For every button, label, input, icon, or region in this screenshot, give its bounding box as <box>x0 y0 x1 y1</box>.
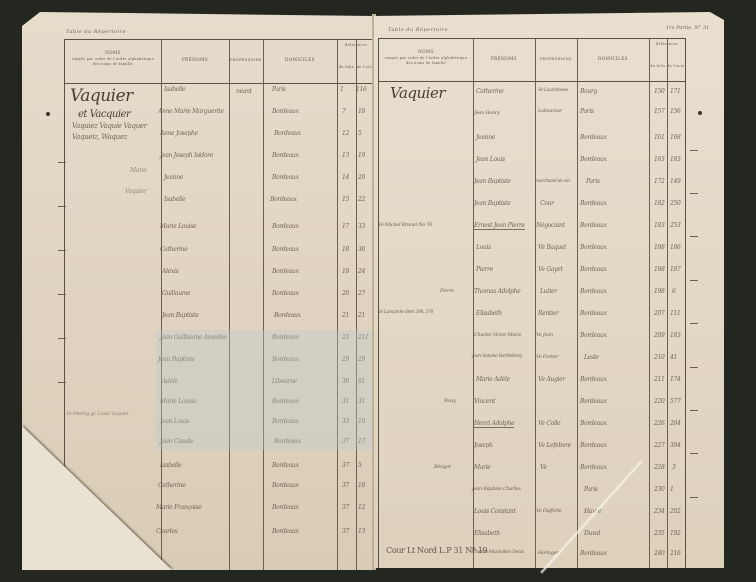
row-folio: 31 <box>342 398 349 405</box>
margin-tick <box>690 323 698 324</box>
page-number: 1re Partie, N° 31 <box>666 25 709 31</box>
row-domicile: Bordeaux <box>272 334 299 341</box>
row-folio: 188 <box>654 244 665 251</box>
row-acte: 253 <box>670 222 681 229</box>
row-domicile: Bordeaux <box>272 462 299 469</box>
surname-main: Vaquier <box>390 84 445 102</box>
row-folio: 240 <box>654 550 665 557</box>
header-references: Références <box>337 43 375 48</box>
row-prenoms: Adèle <box>162 378 178 385</box>
row-folio: 198 <box>654 288 665 295</box>
row-prenoms: Marie Louise <box>160 223 196 230</box>
margin-tick <box>690 367 698 368</box>
row-prenoms: Marie <box>474 464 491 471</box>
row-domicile: Bordeaux <box>272 290 299 297</box>
row-prenoms: Guillaume <box>162 290 190 297</box>
row-domicile: Bordeaux <box>580 376 607 383</box>
row-domicile: Bordeaux <box>272 528 299 535</box>
row-folio: 18 <box>342 246 349 253</box>
row-prenoms: Charles Victor Marie <box>474 332 521 338</box>
row-acte: 5 <box>358 130 362 137</box>
row-folio: 14 <box>342 174 349 181</box>
row-prenoms: Jeanne <box>476 134 495 141</box>
row-acte: 21 <box>358 312 365 319</box>
row-folio: 234 <box>654 508 665 515</box>
row-acte: 187 <box>670 266 681 273</box>
row-prenoms: Vincent <box>474 398 495 405</box>
row-prenoms: Jean Baptiste <box>474 178 511 185</box>
row-folio: 18 <box>342 268 349 275</box>
margin-tick <box>690 453 698 454</box>
column-divider <box>667 39 668 575</box>
row-prenoms: Alexis <box>162 268 178 275</box>
row-acte: 174 <box>670 376 681 383</box>
row-domicile: Bordeaux <box>580 244 607 251</box>
row-acte: 41 <box>670 354 677 361</box>
surname-variants-line1: Vaquiez Vaquie Vaquer <box>72 122 147 130</box>
row-prenoms: Anne Marie Marguerite <box>158 108 224 115</box>
row-profession: marchand de vin <box>536 179 570 184</box>
header-domiciles: Domiciles <box>577 56 649 62</box>
header-rule <box>65 83 375 84</box>
row-profession: Ve Colle <box>538 420 560 427</box>
margin-tick <box>690 280 698 281</box>
row-prenoms: Joseph <box>474 442 493 449</box>
row-folio: 37 <box>342 438 349 445</box>
row-prenoms: Jean Baptiste <box>162 312 199 319</box>
column-divider <box>263 40 264 580</box>
row-acte: 168 <box>670 134 681 141</box>
row-domicile: Bordeaux <box>272 108 299 115</box>
row-note: Bérigot <box>434 464 451 470</box>
row-note: Pierre <box>440 288 454 294</box>
row-domicile: Bordeaux <box>272 152 299 159</box>
row-acte: 13 <box>358 528 365 535</box>
margin-tick <box>58 206 66 207</box>
header-prenoms: Prénoms <box>473 56 535 62</box>
row-domicile: Bordeaux <box>580 266 607 273</box>
row-domicile: Bordeaux <box>274 438 301 445</box>
row-profession: Ve Gayet <box>538 266 563 273</box>
row-prenoms: Henri Adolphe <box>474 420 514 428</box>
surname-main: Vaquier <box>70 86 133 106</box>
row-prenoms: Catherine <box>476 88 504 95</box>
row-prenoms: Elisabeth <box>476 310 502 317</box>
row-note: Ve Lamarche Bert 298, 376 <box>378 310 433 315</box>
row-acte: 216 <box>670 550 681 557</box>
row-domicile: Bordeaux <box>580 222 607 229</box>
header-noms-sub: rangés par ordre de l'ordre alphabétique… <box>383 56 469 65</box>
row-domicile: Bordeaux <box>580 420 607 427</box>
row-prenoms: Jeanne <box>164 174 183 181</box>
row-folio: 37 <box>342 504 349 511</box>
header-domiciles: Domiciles <box>263 57 337 63</box>
row-folio: 30 <box>342 378 349 385</box>
row-acte: 183 <box>670 332 681 339</box>
margin-tick <box>58 250 66 251</box>
row-folio: 209 <box>654 332 665 339</box>
margin-tick <box>58 382 66 383</box>
margin-note: Ve Meting gt. Louis Vaquier <box>66 411 129 417</box>
row-domicile: Bordeaux <box>272 504 299 511</box>
margin-note: Vaquier <box>125 188 146 195</box>
margin-tick <box>690 236 698 237</box>
row-prenoms: Marie Adèle <box>476 376 510 383</box>
margin-tick <box>690 150 698 151</box>
column-divider <box>649 39 650 575</box>
header-ref-acte: de l'acte <box>667 64 685 69</box>
row-profession: Ve Baquet <box>538 244 566 251</box>
column-divider <box>473 39 474 575</box>
row-prenoms: Jean Baptiste <box>474 200 511 207</box>
row-folio: 20 <box>342 290 349 297</box>
row-domicile: Bordeaux <box>580 398 607 405</box>
row-folio: 172 <box>654 178 665 185</box>
row-profession: Laboureur <box>538 108 562 114</box>
row-profession: Cour <box>540 200 554 207</box>
row-folio: 37 <box>342 528 349 535</box>
row-domicile: Bordeaux <box>272 398 299 405</box>
row-profession: Ve Jean <box>536 332 553 338</box>
row-acte: 18 <box>358 418 365 425</box>
header-prenoms: Prénoms <box>161 57 229 63</box>
row-domicile: Paris <box>272 86 286 93</box>
row-folio: 1 <box>340 86 344 93</box>
row-acte: 33 <box>358 223 365 230</box>
row-domicile: Paris <box>584 486 598 493</box>
row-prenoms: Isabelle <box>164 196 185 203</box>
row-prenoms: Marie Louise <box>160 398 196 405</box>
row-profession: Ve Dufforte <box>536 508 562 514</box>
column-divider <box>356 40 357 580</box>
row-prenoms: Catherine <box>160 246 188 253</box>
row-domicile: Bordeaux <box>272 246 299 253</box>
row-domicile: Bordeaux <box>580 134 607 141</box>
row-acte: 29 <box>358 356 365 363</box>
row-profession: Ve <box>540 464 547 471</box>
ink-blot <box>46 112 50 116</box>
row-folio: 235 <box>654 530 665 537</box>
row-folio: 227 <box>654 442 665 449</box>
row-acte: 1 <box>670 486 674 493</box>
row-folio: 37 <box>342 482 349 489</box>
row-folio: 210 <box>654 354 665 361</box>
row-folio: 183 <box>654 222 665 229</box>
row-acte: 394 <box>670 442 681 449</box>
row-prenoms: Jean Louis <box>476 156 505 163</box>
row-prenoms: Jean Baptiste <box>158 356 195 363</box>
row-acte: 3 <box>672 464 676 471</box>
row-acte: 20 <box>358 174 365 181</box>
margin-tick <box>58 338 66 339</box>
row-domicile: Bourg <box>580 88 597 95</box>
row-prenoms: Ernest Jean Pierre <box>474 222 525 230</box>
row-acte: 183 <box>670 156 681 163</box>
row-acte: 250 <box>670 200 681 207</box>
column-divider <box>535 39 536 575</box>
header-professions: Professions <box>535 56 577 62</box>
row-domicile: Bordeaux <box>274 130 301 137</box>
row-profession: Ve Laurichesse <box>538 88 568 93</box>
row-domicile: Libourne <box>272 378 297 385</box>
row-acte: 12 <box>358 504 365 511</box>
row-domicile: Bordeaux <box>272 174 299 181</box>
row-profession: Négociant <box>536 222 565 229</box>
row-folio: 230 <box>654 486 665 493</box>
surname-variant: et Vacquier <box>78 109 130 120</box>
row-prenoms: Jean Antoine Barthélemy <box>472 354 522 359</box>
row-folio: 207 <box>654 310 665 317</box>
row-folio: 150 <box>654 88 665 95</box>
row-domicile: Bordeaux <box>272 356 299 363</box>
header-ref-folio: du folio <box>337 65 356 70</box>
row-prenoms: Elisabeth <box>474 530 500 537</box>
row-domicile: Bordeaux <box>272 482 299 489</box>
header-noms: Noms <box>379 49 473 55</box>
row-acte: 111 <box>670 310 681 317</box>
row-acte: 264 <box>670 420 681 427</box>
row-acte: 156 <box>670 108 681 115</box>
row-domicile: Bordeaux <box>272 418 299 425</box>
row-folio: 161 <box>654 134 665 141</box>
row-acte: 577 <box>670 398 681 405</box>
row-acte: 19 <box>358 152 365 159</box>
row-profession: Ve Fortier <box>536 354 558 360</box>
header-rule <box>379 81 685 82</box>
row-domicile: Bordeaux <box>580 288 607 295</box>
row-prenoms: Isabelle <box>164 86 185 93</box>
row-note: Rouy <box>444 398 456 404</box>
running-head-left: Table du Répertoire <box>66 29 126 35</box>
row-acte: 30 <box>358 246 365 253</box>
row-domicile: Paris <box>586 178 600 185</box>
row-prenoms: Pierre <box>476 266 493 273</box>
row-folio: 226 <box>654 420 665 427</box>
row-domicile: Bordeaux <box>580 464 607 471</box>
ink-blot <box>698 111 702 115</box>
row-domicile: Bordeaux <box>580 550 607 557</box>
row-folio: 29 <box>342 356 349 363</box>
row-domicile: Bordeaux <box>580 310 607 317</box>
running-head-right: Table du Répertoire <box>388 27 448 33</box>
column-divider <box>229 40 230 580</box>
row-acte: 18 <box>358 108 365 115</box>
row-acte: 18 <box>358 482 365 489</box>
row-domicile: Bordeaux <box>580 200 607 207</box>
row-domicile: Bordeaux <box>580 332 607 339</box>
row-domicile: Bordeaux <box>272 268 299 275</box>
column-divider <box>337 40 338 580</box>
margin-tick <box>690 410 698 411</box>
row-domicile: Bordeaux <box>580 156 607 163</box>
row-profession: Ve Augier <box>538 376 565 383</box>
row-acte: 31 <box>358 398 365 405</box>
row-folio: 15 <box>342 196 349 203</box>
row-folio: 211 <box>654 376 665 383</box>
surname-variants-line2: Vaqueiz, Waquez <box>72 133 127 141</box>
row-acte: 6 <box>672 288 676 295</box>
row-domicile: Bordeaux <box>274 312 301 319</box>
header-professions: Professions <box>229 57 263 63</box>
row-folio: 228 <box>654 464 665 471</box>
row-note: Ve Michel Brunel No 76 <box>378 222 432 228</box>
row-prenoms: Louis <box>476 244 491 251</box>
row-folio: 182 <box>654 200 665 207</box>
row-folio: 33 <box>342 418 349 425</box>
row-acte: 149 <box>670 178 681 185</box>
row-acte: 5 <box>358 462 362 469</box>
row-acte: 202 <box>670 508 681 515</box>
row-prenoms: Louis Constant <box>474 508 516 515</box>
right-register-table: Noms rangés par ordre de l'ordre alphabé… <box>378 38 686 576</box>
row-folio: 37 <box>342 462 349 469</box>
row-folio: 220 <box>654 398 665 405</box>
header-noms-sub: rangés par ordre de l'ordre alphabétique… <box>69 57 157 66</box>
row-folio: 7 <box>342 108 346 115</box>
folded-corner <box>22 426 172 570</box>
margin-note: Marie <box>130 167 147 174</box>
row-acte: 211 <box>358 334 369 341</box>
margin-tick <box>690 193 698 194</box>
row-domicile: Duval <box>584 530 600 537</box>
column-divider <box>577 39 578 575</box>
row-prenoms: Jean Louis <box>160 418 189 425</box>
row-folio: 21 <box>342 312 349 319</box>
margin-tick <box>58 162 66 163</box>
row-acte: 192 <box>670 530 681 537</box>
row-prenoms: Jean Guillaume Amédée <box>160 334 227 341</box>
row-prenoms: Jean Baptiste Charles <box>472 486 521 492</box>
row-folio: 17 <box>342 223 349 230</box>
row-acte: 22 <box>358 196 365 203</box>
header-noms: Noms <box>65 50 161 56</box>
row-acte: 24 <box>358 268 365 275</box>
row-domicile: Bordeaux <box>272 223 299 230</box>
row-acte: 81 <box>358 378 365 385</box>
row-prenoms: Anne Josephe <box>160 130 198 137</box>
row-acte: 27 <box>358 290 365 297</box>
row-folio: 188 <box>654 266 665 273</box>
row-prenoms: Thomas Adolphe <box>474 288 521 295</box>
header-references: Références <box>649 42 685 47</box>
row-folio: 163 <box>654 156 665 163</box>
row-profession: Ve Lefebvre <box>538 442 571 449</box>
row-acte: 116 <box>356 86 367 93</box>
row-folio: 12 <box>342 130 349 137</box>
row-domicile: Lesle <box>584 354 599 361</box>
row-profession: Lutier <box>540 288 557 295</box>
header-ref-folio: du folio <box>649 64 667 69</box>
right-page: Table du Répertoire 1re Partie, N° 31 No… <box>374 12 724 568</box>
row-folio: 23 <box>342 334 349 341</box>
row-folio: 157 <box>654 108 665 115</box>
row-prenoms: Jean Henry <box>474 110 500 116</box>
row-folio: 13 <box>342 152 349 159</box>
row-prenoms: Jean Joseph Isidore <box>160 152 213 159</box>
margin-tick <box>690 497 698 498</box>
margin-tick <box>58 294 66 295</box>
row-profession: néant <box>236 88 252 95</box>
row-profession: Rentier <box>538 310 559 317</box>
margin-note-bottom: Cour Lt Nord L.P 31 Nº 19 <box>386 546 487 555</box>
row-acte: 17 <box>358 438 365 445</box>
row-domicile: Paris <box>580 108 594 115</box>
row-acte: 186 <box>670 244 681 251</box>
row-domicile: Bordeaux <box>270 196 297 203</box>
row-domicile: Bordeaux <box>580 442 607 449</box>
row-acte: 171 <box>670 88 681 95</box>
